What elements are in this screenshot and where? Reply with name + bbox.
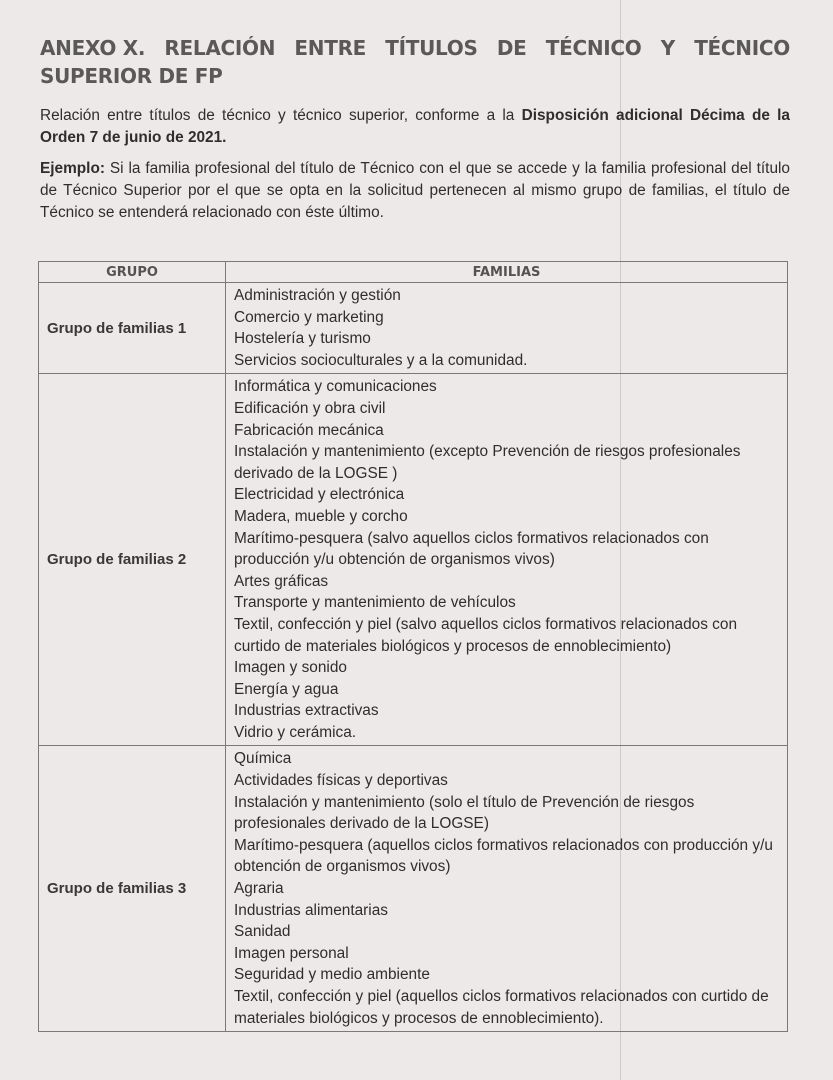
familia-item: Transporte y mantenimiento de vehículos (234, 592, 779, 614)
familia-item: Servicios socioculturales y a la comunid… (234, 350, 779, 372)
title-word: DE (497, 34, 527, 62)
intro-paragraph: Relación entre títulos de técnico y técn… (40, 105, 790, 149)
table-row: Grupo de familias 2Informática y comunic… (39, 374, 788, 746)
familias-cell: QuímicaActividades físicas y deportivasI… (226, 746, 788, 1032)
familia-item: Administración y gestión (234, 285, 779, 307)
familia-item: Marítimo-pesquera (salvo aquellos ciclos… (234, 528, 779, 571)
familia-item: Edificación y obra civil (234, 398, 779, 420)
intro-text: Relación entre títulos de técnico y técn… (40, 107, 522, 124)
familia-item: Imagen personal (234, 943, 779, 965)
familia-item: Agraria (234, 878, 779, 900)
table-row: Grupo de familias 1Administración y gest… (39, 283, 788, 374)
title-word: RELACIÓN (164, 34, 275, 62)
title-word: TÍTULOS (385, 34, 477, 62)
table-header-row: GRUPO FAMILIAS (39, 262, 788, 283)
familia-item: Imagen y sonido (234, 657, 779, 679)
example-text: Si la familia profesional del título de … (40, 160, 790, 221)
familia-item: Instalación y mantenimiento (excepto Pre… (234, 441, 779, 484)
familia-item: Hostelería y turismo (234, 328, 779, 350)
grupos-familias-table: GRUPO FAMILIAS Grupo de familias 1Admini… (38, 261, 788, 1032)
header-familias: FAMILIAS (226, 262, 788, 283)
grupo-cell: Grupo de familias 1 (39, 283, 226, 374)
title-line-1: ANEXO X.RELACIÓNENTRETÍTULOSDETÉCNICOYTÉ… (40, 34, 790, 62)
table-row: Grupo de familias 3QuímicaActividades fí… (39, 746, 788, 1032)
grupo-cell: Grupo de familias 2 (39, 374, 226, 746)
familia-item: Industrias alimentarias (234, 900, 779, 922)
familia-item: Textil, confección y piel (salvo aquello… (234, 614, 779, 657)
familia-item: Informática y comunicaciones (234, 376, 779, 398)
familia-item: Industrias extractivas (234, 700, 779, 722)
familia-item: Madera, mueble y corcho (234, 506, 779, 528)
familia-item: Instalación y mantenimiento (solo el tít… (234, 792, 779, 835)
example-paragraph: Ejemplo: Si la familia profesional del t… (40, 158, 790, 224)
familia-item: Fabricación mecánica (234, 420, 779, 442)
grupo-cell: Grupo de familias 3 (39, 746, 226, 1032)
title-word: TÉCNICO (694, 34, 790, 62)
example-label: Ejemplo: (40, 160, 105, 177)
familia-item: Actividades físicas y deportivas (234, 770, 779, 792)
familia-item: Textil, confección y piel (aquellos cicl… (234, 986, 779, 1029)
familia-item: Artes gráficas (234, 571, 779, 593)
title-word: TÉCNICO (546, 34, 642, 62)
title-word: ANEXO X. (40, 34, 145, 62)
familia-item: Sanidad (234, 921, 779, 943)
title-word: Y (661, 34, 675, 62)
page-title: ANEXO X.RELACIÓNENTRETÍTULOSDETÉCNICOYTÉ… (40, 34, 790, 90)
familia-item: Vidrio y cerámica. (234, 722, 779, 744)
title-word: ENTRE (294, 34, 366, 62)
familia-item: Marítimo-pesquera (aquellos ciclos forma… (234, 835, 779, 878)
familia-item: Electricidad y electrónica (234, 484, 779, 506)
familia-item: Química (234, 748, 779, 770)
title-line-2: SUPERIOR DE FP (40, 62, 790, 90)
familias-cell: Administración y gestiónComercio y marke… (226, 283, 788, 374)
familias-cell: Informática y comunicacionesEdificación … (226, 374, 788, 746)
familia-item: Energía y agua (234, 679, 779, 701)
familia-item: Seguridad y medio ambiente (234, 964, 779, 986)
header-grupo: GRUPO (39, 262, 226, 283)
familia-item: Comercio y marketing (234, 307, 779, 329)
